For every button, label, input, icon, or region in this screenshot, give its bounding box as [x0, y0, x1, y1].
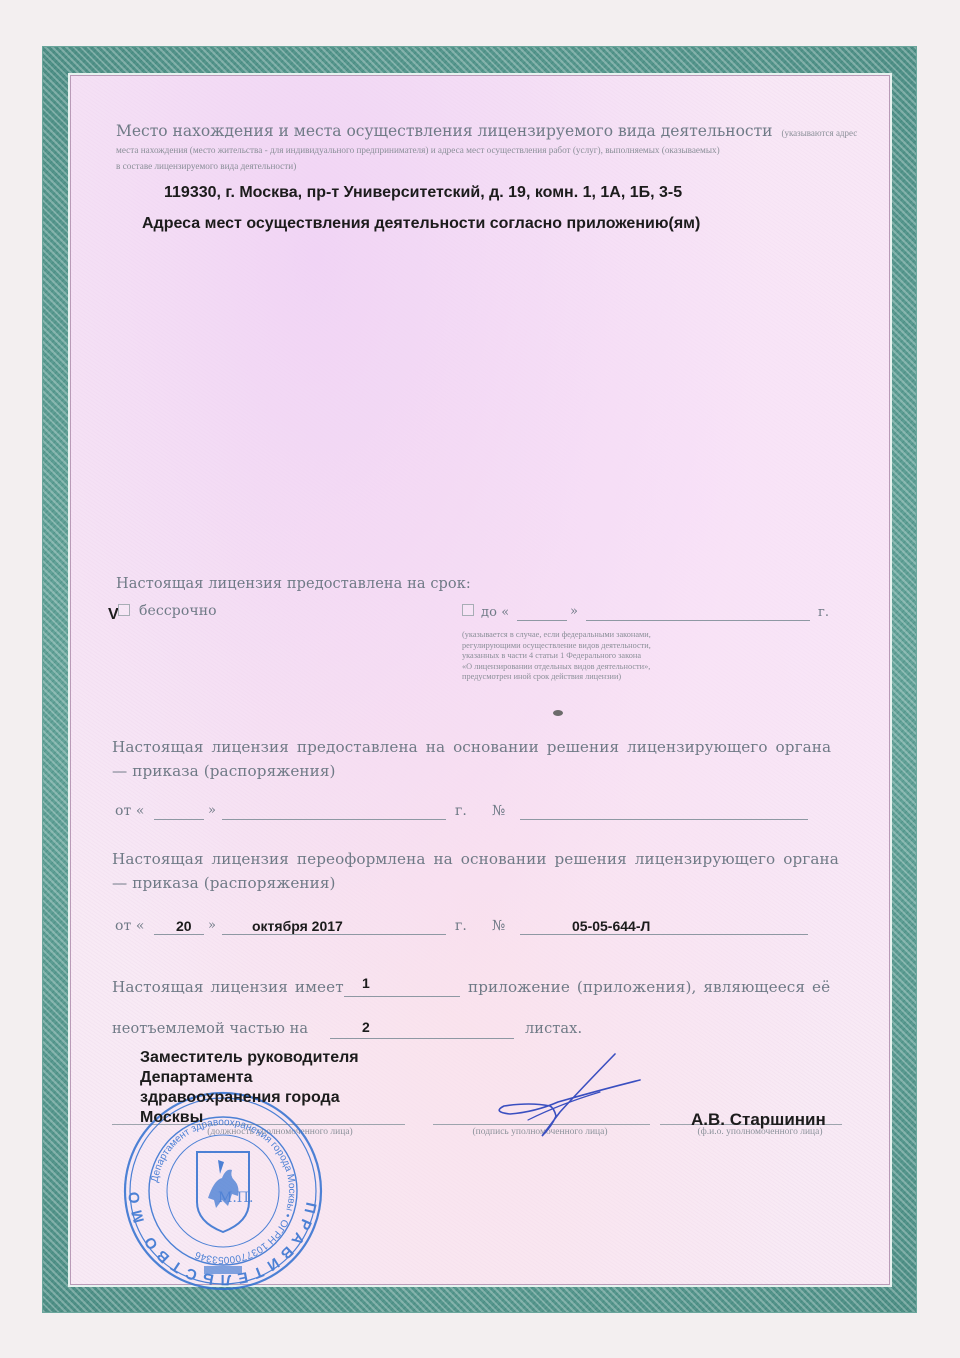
granted-from-label: от « [115, 803, 145, 819]
signatory-position-line: Департамента [140, 1068, 359, 1088]
appendix-count-field[interactable] [344, 996, 460, 997]
until-note-line: регулирующими осуществление видов деятел… [462, 641, 651, 652]
reissued-day-field[interactable] [154, 934, 204, 935]
until-note: (указывается в случае, если федеральными… [462, 630, 651, 683]
address-appendix-line: Адреса мест осуществления деятельности с… [142, 215, 700, 233]
granted-number-field[interactable] [520, 819, 808, 820]
granted-number-label: № [492, 803, 505, 819]
address-line: 119330, г. Москва, пр-т Университетский,… [164, 184, 682, 202]
term-label: Настоящая лицензия предоставлена на срок… [116, 576, 471, 592]
location-note-2: места нахождения (место жительства - для… [116, 145, 720, 155]
location-note-3: в составе лицензируемого вида деятельнос… [116, 161, 296, 171]
reissued-basis-line1: Настоящая лицензия переоформлена на осно… [112, 850, 839, 868]
until-label: до « [481, 605, 509, 620]
appendix-line2-prefix: неотъемлемой частью на [112, 1021, 308, 1037]
reissued-year-suffix: г. [455, 918, 467, 934]
location-heading-text: Место нахождения и места осуществления л… [116, 122, 773, 140]
reissued-day-value: 20 [176, 918, 192, 934]
until-checkbox[interactable] [462, 604, 474, 616]
location-heading: Место нахождения и места осуществления л… [116, 122, 857, 140]
until-day-field[interactable] [517, 620, 567, 621]
granted-year-suffix: г. [455, 803, 467, 819]
reissued-close-quote: » [208, 918, 216, 933]
appendix-line2-suffix: листах. [525, 1021, 582, 1037]
appendix-line1-suffix: приложение (приложения), являющееся её [468, 978, 830, 996]
reissued-month-year-value: октября 2017 [252, 918, 343, 934]
signatory-position-line: Москвы [140, 1108, 359, 1128]
reissued-basis-line2: — приказа (распоряжения) [112, 874, 336, 892]
granted-close-quote: » [208, 803, 216, 818]
indefinite-label: бессрочно [139, 603, 217, 619]
until-year-suffix: г. [818, 605, 829, 620]
granted-month-year-field[interactable] [222, 819, 446, 820]
until-note-line: указанных в части 4 статьи 1 Федеральног… [462, 651, 651, 662]
granted-day-field[interactable] [154, 819, 204, 820]
signatory-position: Заместитель руководителя Департамента зд… [140, 1048, 359, 1128]
until-note-line: (указывается в случае, если федеральными… [462, 630, 651, 641]
appendix-sheets-field[interactable] [330, 1038, 514, 1039]
indefinite-checkbox[interactable] [118, 604, 130, 616]
reissued-month-year-field[interactable] [222, 934, 446, 935]
paper-speck [553, 710, 563, 716]
granted-basis-line1: Настоящая лицензия предоставлена на осно… [112, 738, 831, 756]
reissued-number-label: № [492, 918, 505, 934]
until-note-line: предусмотрен иной срок действия лицензии… [462, 672, 651, 683]
appendix-sheets-value: 2 [362, 1019, 370, 1035]
until-date-field[interactable] [586, 620, 810, 621]
reissued-number-value: 05-05-644-Л [572, 918, 650, 934]
signatory-name: А.В. Старшинин [691, 1110, 826, 1130]
signatory-position-line: Заместитель руководителя [140, 1048, 359, 1068]
signatory-position-line: здравоохранения города [140, 1088, 359, 1108]
granted-basis-line2: — приказа (распоряжения) [112, 762, 336, 780]
location-note-1: (указываются адрес [781, 128, 857, 138]
handwritten-signature [490, 1050, 650, 1140]
until-note-line: «О лицензировании отдельных видов деятел… [462, 662, 651, 673]
stamp-center-label: М.П. [218, 1190, 253, 1206]
reissued-number-field[interactable] [520, 934, 808, 935]
reissued-from-label: от « [115, 918, 145, 934]
until-close-quote: » [570, 604, 578, 619]
appendix-count-value: 1 [362, 975, 370, 991]
appendix-line1-prefix: Настоящая лицензия имеет [112, 978, 344, 996]
